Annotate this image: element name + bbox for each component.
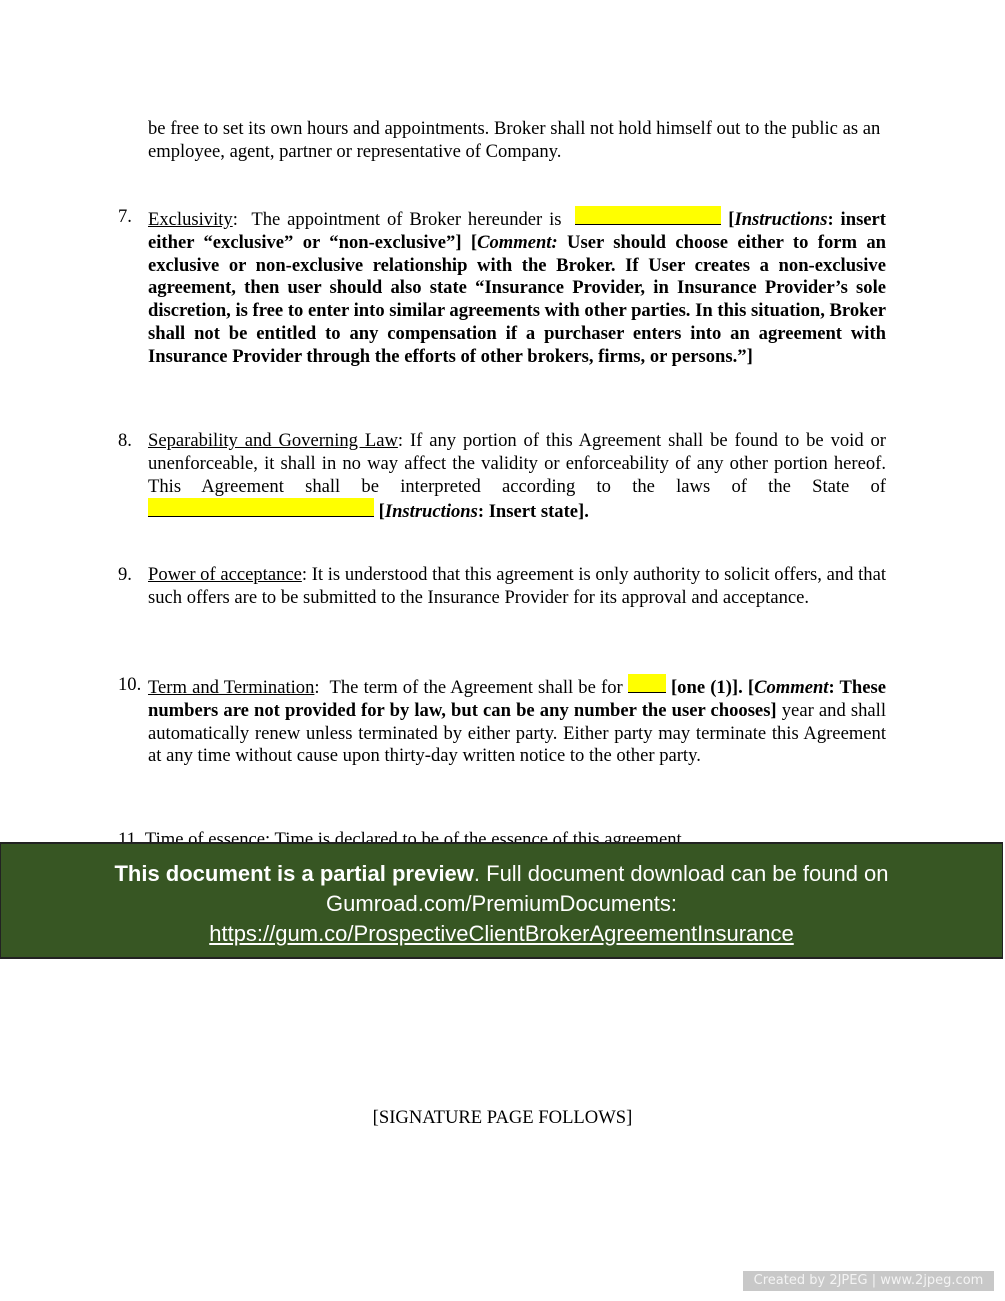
instructions-text: : Insert state]. xyxy=(478,501,589,522)
comment-label: Comment xyxy=(754,677,828,698)
document-page: be free to set its own hours and appoint… xyxy=(0,0,1005,1301)
section-9-power-of-acceptance: 9. Power of acceptance: It is understood… xyxy=(148,564,886,610)
intro-text: be free to set its own hours and appoint… xyxy=(148,118,880,162)
preview-banner: This document is a partial preview. Full… xyxy=(0,842,1003,959)
section-text: : The term of the Agreement shall be for xyxy=(314,677,627,698)
term-blank-field[interactable] xyxy=(628,674,666,693)
state-blank-field[interactable] xyxy=(148,498,374,517)
download-link[interactable]: https://gum.co/ProspectiveClientBrokerAg… xyxy=(209,921,794,946)
exclusivity-blank-field[interactable] xyxy=(575,206,721,225)
section-heading: Power of acceptance xyxy=(148,564,302,585)
section-heading: Term and Termination xyxy=(148,677,314,698)
section-number: 7. xyxy=(118,206,132,229)
intro-paragraph: be free to set its own hours and appoint… xyxy=(148,118,886,164)
section-heading: Separability and Governing Law xyxy=(148,430,398,451)
instructions-label: Instructions xyxy=(734,209,827,230)
section-number: 8. xyxy=(118,430,132,453)
section-7-exclusivity: 7. Exclusivity: The appointment of Broke… xyxy=(148,206,886,369)
watermark: Created by 2JPEG | www.2jpeg.com xyxy=(743,1271,994,1291)
bracket: [ xyxy=(374,501,385,522)
section-number: 10. xyxy=(118,674,141,697)
instructions-label: Instructions xyxy=(385,501,478,522)
section-text: The appointment of Broker hereunder is xyxy=(238,209,569,230)
section-heading: Exclusivity xyxy=(148,209,233,230)
section-10-term-and-termination: 10. Term and Termination: The term of th… xyxy=(148,674,886,768)
signature-page-note: [SIGNATURE PAGE FOLLOWS] xyxy=(0,1107,1005,1129)
comment-label: Comment: xyxy=(477,232,558,253)
section-number: 9. xyxy=(118,564,132,587)
banner-bold-text: This document is a partial preview xyxy=(114,861,473,886)
section-8-separability: 8. Separability and Governing Law: If an… xyxy=(148,430,886,524)
term-default: [one (1)]. [ xyxy=(666,677,754,698)
